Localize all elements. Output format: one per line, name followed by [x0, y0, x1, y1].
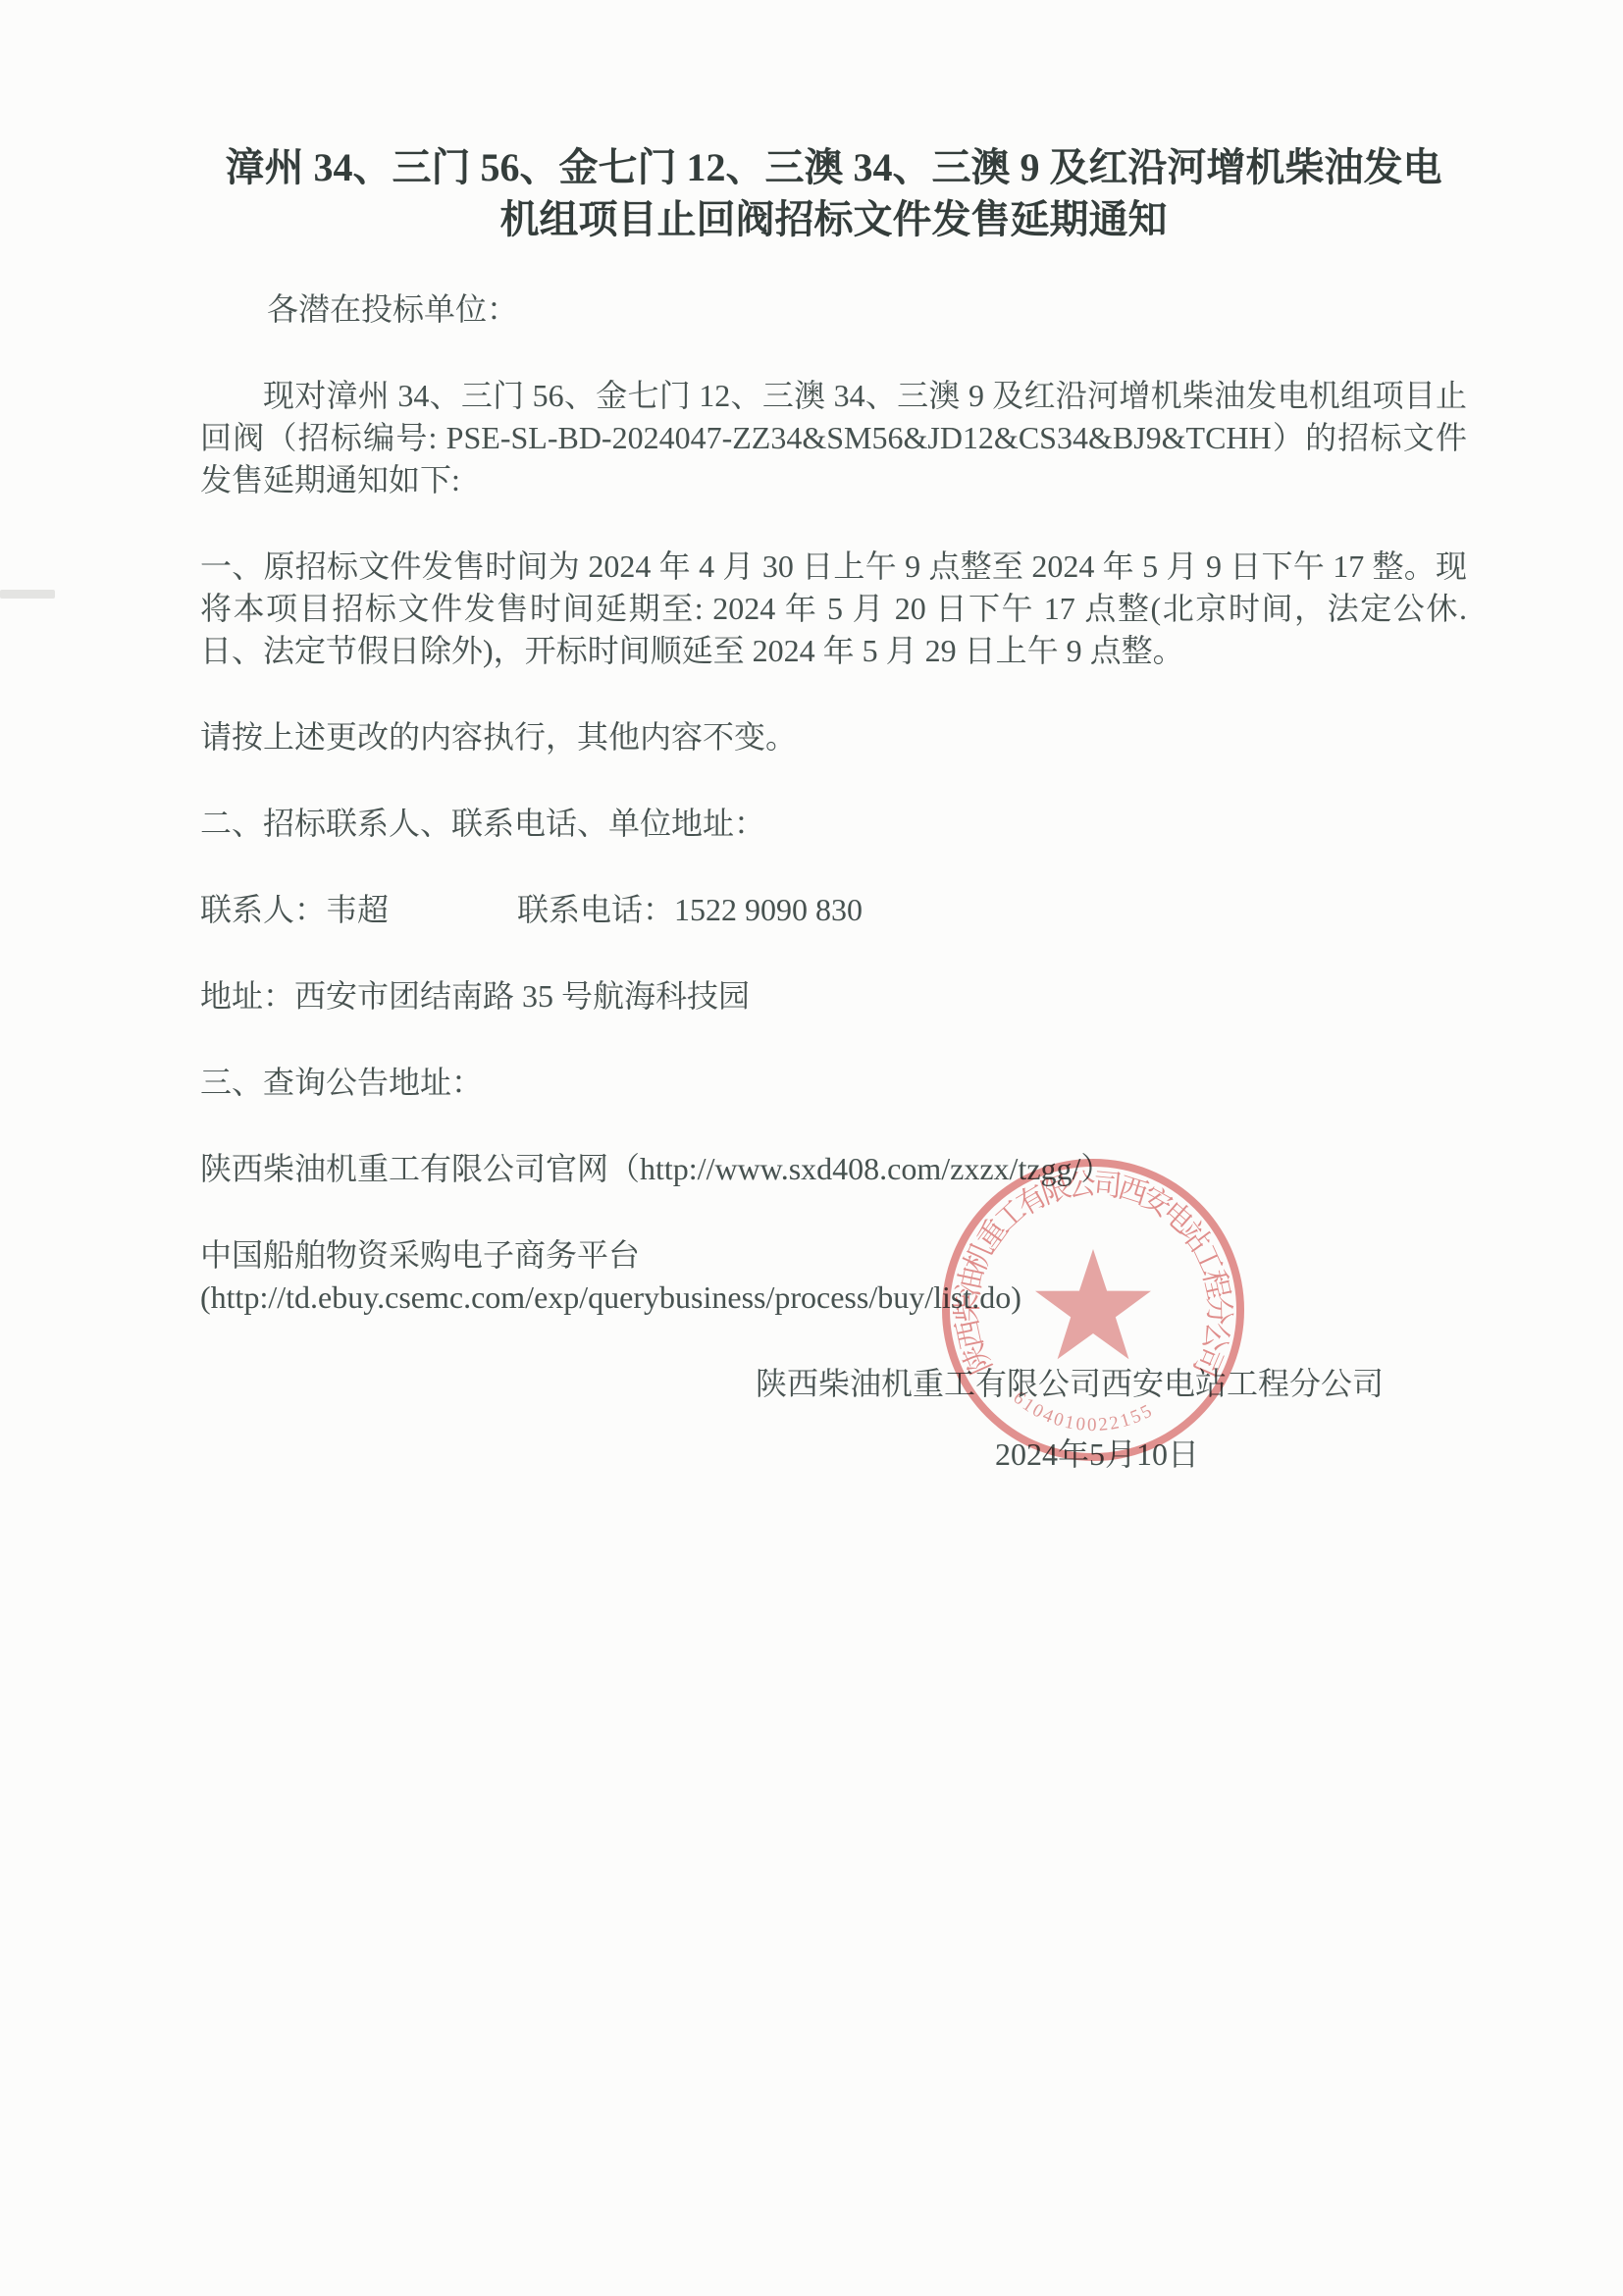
- document-page: 漳州 34、三门 56、金七门 12、三澳 34、三澳 9 及红沿河增机柴油发电…: [0, 0, 1623, 2296]
- signature-company: 陕西柴油机重工有限公司西安电站工程分公司: [200, 1363, 1467, 1405]
- item-two-heading: 二、招标联系人、联系电话、单位地址：: [200, 803, 1467, 845]
- signature-date: 2024年5月10日: [200, 1434, 1467, 1476]
- announcement-site-1: 陕西柴油机重工有限公司官网（http://www.sxd408.com/zxzx…: [200, 1148, 1467, 1190]
- contact-person: 联系人：韦超: [200, 889, 517, 931]
- stamp-serial-number: 6104010022155: [1009, 1387, 1157, 1435]
- intro-paragraph: 现对漳州 34、三门 56、金七门 12、三澳 34、三澳 9 及红沿河增机柴油…: [200, 375, 1467, 501]
- address-line: 地址：西安市团结南路 35 号航海科技园: [200, 975, 1467, 1018]
- item-three-heading: 三、查询公告地址：: [200, 1062, 1467, 1104]
- stamp-star: [1035, 1249, 1151, 1359]
- tender-number: PSE-SL-BD-2024047-ZZ34&SM56&JD12&CS34&BJ…: [446, 420, 1272, 455]
- official-stamp: 陕西柴油机重工有限公司西安电站工程分公司 6104010022155: [926, 1143, 1260, 1477]
- svg-text:6104010022155: 6104010022155: [1009, 1387, 1157, 1435]
- site-2-name: 中国船舶物资采购电子商务平台: [200, 1234, 1467, 1277]
- notice-paragraph: 请按上述更改的内容执行，其他内容不变。: [200, 716, 1467, 758]
- document-title: 漳州 34、三门 56、金七门 12、三澳 34、三澳 9 及红沿河增机柴油发电…: [200, 141, 1467, 245]
- title-line-1: 漳州 34、三门 56、金七门 12、三澳 34、三澳 9 及红沿河增机柴油发电: [200, 141, 1467, 193]
- title-line-2: 机组项目止回阀招标文件发售延期通知: [200, 193, 1467, 245]
- contact-line: 联系人：韦超联系电话：1522 9090 830: [200, 889, 1467, 931]
- contact-phone: 联系电话：1522 9090 830: [517, 892, 863, 927]
- site-2-url: (http://td.ebuy.csemc.com/exp/querybusin…: [200, 1277, 1467, 1319]
- scan-artifact: [0, 590, 55, 599]
- item-one-paragraph: 一、原招标文件发售时间为 2024 年 4 月 30 日上午 9 点整至 202…: [200, 546, 1467, 672]
- salutation: 各潜在投标单位：: [200, 288, 1467, 331]
- document-content: 漳州 34、三门 56、金七门 12、三澳 34、三澳 9 及红沿河增机柴油发电…: [200, 141, 1467, 1476]
- announcement-site-2: 中国船舶物资采购电子商务平台 (http://td.ebuy.csemc.com…: [200, 1234, 1467, 1319]
